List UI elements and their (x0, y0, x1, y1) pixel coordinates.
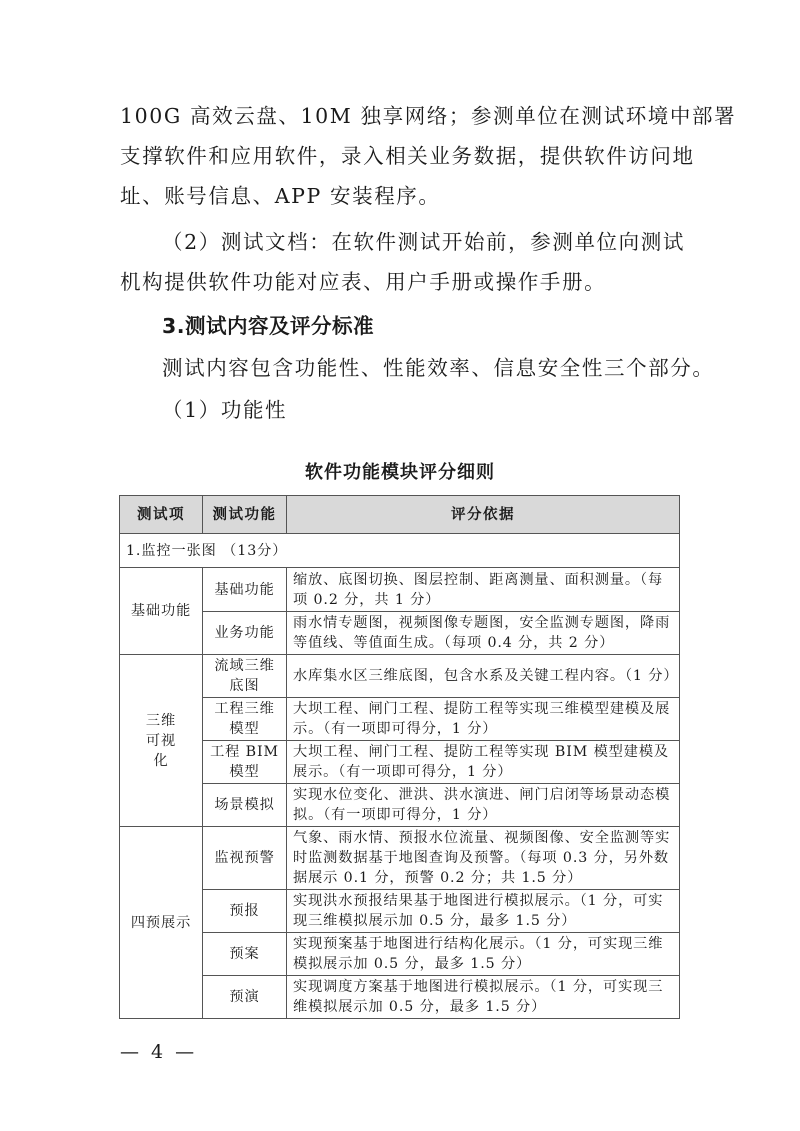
scoring-table: 测试项 测试功能 评分依据 1.监控一张图 （13分） 基础功能 基础功能 缩放… (119, 495, 680, 1019)
text-line: 机构提供软件功能对应表、用户手册或操作手册。 (120, 262, 682, 302)
scoring-basis-cell: 缩放、底图切换、图层控制、距离测量、面积测量。（每项 0.2 分，共 1 分） (287, 568, 680, 612)
table-row: 三维可视化 流域三维底图 水库集水区三维底图，包含水系及关键工程内容。（1 分） (120, 655, 680, 698)
table-row: 预演 实现调度方案基于地图进行模拟展示。（1 分，可实现三维模拟展示加 0.5 … (120, 976, 680, 1019)
scoring-basis-cell: 气象、雨水情、预报水位流量、视频图像、安全监测等实时监测数据基于地图查询及预警。… (287, 827, 680, 890)
text-line: 100G 高效云盘、10M 独享网络；参测单位在测试环境中部署 (120, 96, 682, 136)
scoring-basis-cell: 大坝工程、闸门工程、提防工程等实现三维模型建模及展示。（有一项即可得分，1 分） (287, 698, 680, 741)
test-function-label: 工程 BIM 模型 (209, 742, 280, 782)
text-line: （2）测试文档：在软件测试开始前，参测单位向测试 (120, 222, 682, 262)
test-function-label: 工程三维模型 (212, 699, 277, 739)
test-function-cell: 监视预警 (203, 827, 287, 890)
paragraph-functionality: （1）功能性 (162, 390, 682, 430)
test-function-cell: 场景模拟 (203, 784, 287, 827)
header-test-item: 测试项 (120, 496, 203, 534)
section-label: 1.监控一张图 （13分） (120, 534, 680, 568)
header-test-function: 测试功能 (203, 496, 287, 534)
test-function-cell: 预演 (203, 976, 287, 1019)
page-number: — 4 — (120, 1040, 197, 1064)
scoring-basis-cell: 实现调度方案基于地图进行模拟展示。（1 分，可实现三维模拟展示加 0.5 分，最… (287, 976, 680, 1019)
paragraph-test-docs: （2）测试文档：在软件测试开始前，参测单位向测试 机构提供软件功能对应表、用户手… (120, 222, 682, 302)
text-line: 测试内容包含功能性、性能效率、信息安全性三个部分。 (162, 348, 682, 388)
text-line: （1）功能性 (162, 390, 682, 430)
table-row: 预案 实现预案基于地图进行结构化展示。（1 分，可实现三维模拟展示加 0.5 分… (120, 933, 680, 976)
paragraph-environment: 100G 高效云盘、10M 独享网络；参测单位在测试环境中部署 支撑软件和应用软… (120, 96, 682, 216)
test-function-cell: 工程 BIM 模型 (203, 741, 287, 784)
table-row: 场景模拟 实现水位变化、泄洪、洪水演进、闸门启闭等场景动态模拟。（有一项即可得分… (120, 784, 680, 827)
scoring-basis-cell: 实现洪水预报结果基于地图进行模拟展示。（1 分，可实现三维模拟展示加 0.5 分… (287, 890, 680, 933)
test-item-cell: 基础功能 (120, 568, 203, 655)
text-line: 支撑软件和应用软件，录入相关业务数据，提供软件访问地 (120, 136, 682, 176)
test-function-cell: 业务功能 (203, 612, 287, 655)
test-function-cell: 基础功能 (203, 568, 287, 612)
scoring-basis-cell: 雨水情专题图，视频图像专题图，安全监测专题图，降雨等值线、等值面生成。（每项 0… (287, 612, 680, 655)
table-section-row: 1.监控一张图 （13分） (120, 534, 680, 568)
scoring-basis-cell: 实现预案基于地图进行结构化展示。（1 分，可实现三维模拟展示加 0.5 分，最多… (287, 933, 680, 976)
table-row: 业务功能 雨水情专题图，视频图像专题图，安全监测专题图，降雨等值线、等值面生成。… (120, 612, 680, 655)
table-row: 预报 实现洪水预报结果基于地图进行模拟展示。（1 分，可实现三维模拟展示加 0.… (120, 890, 680, 933)
table-row: 工程 BIM 模型 大坝工程、闸门工程、提防工程等实现 BIM 模型建模及展示。… (120, 741, 680, 784)
scoring-basis-cell: 水库集水区三维底图，包含水系及关键工程内容。（1 分） (287, 655, 680, 698)
test-function-label: 流域三维底图 (212, 656, 277, 696)
test-function-cell: 预案 (203, 933, 287, 976)
table-title: 软件功能模块评分细则 (0, 458, 800, 488)
paragraph-test-content: 测试内容包含功能性、性能效率、信息安全性三个部分。 (162, 348, 682, 388)
table-row: 工程三维模型 大坝工程、闸门工程、提防工程等实现三维模型建模及展示。（有一项即可… (120, 698, 680, 741)
test-function-cell: 预报 (203, 890, 287, 933)
scoring-basis-cell: 实现水位变化、泄洪、洪水演进、闸门启闭等场景动态模拟。（有一项即可得分，1 分） (287, 784, 680, 827)
test-item-label: 三维可视化 (140, 711, 183, 771)
test-item-cell: 三维可视化 (120, 655, 203, 827)
scoring-basis-cell: 大坝工程、闸门工程、提防工程等实现 BIM 模型建模及展示。（有一项即可得分，1… (287, 741, 680, 784)
table-row: 四预展示 监视预警 气象、雨水情、预报水位流量、视频图像、安全监测等实时监测数据… (120, 827, 680, 890)
text-line: 址、账号信息、APP 安装程序。 (120, 176, 682, 216)
test-function-cell: 工程三维模型 (203, 698, 287, 741)
section-heading: 3.测试内容及评分标准 (162, 306, 374, 346)
test-function-cell: 流域三维底图 (203, 655, 287, 698)
table-row: 基础功能 基础功能 缩放、底图切换、图层控制、距离测量、面积测量。（每项 0.2… (120, 568, 680, 612)
header-scoring-basis: 评分依据 (287, 496, 680, 534)
table-header-row: 测试项 测试功能 评分依据 (120, 496, 680, 534)
test-item-cell: 四预展示 (120, 827, 203, 1019)
